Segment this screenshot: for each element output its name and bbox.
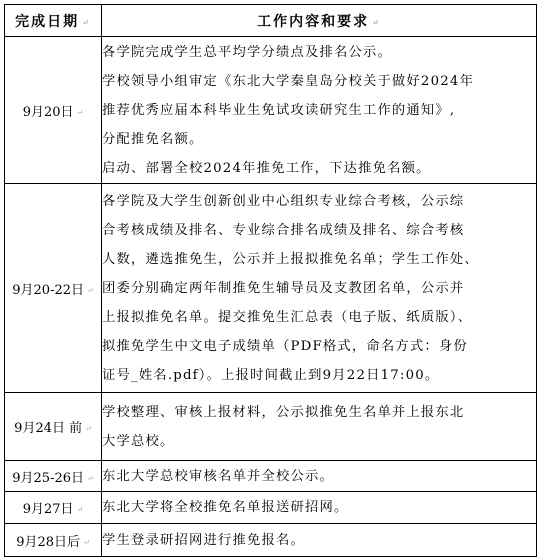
table-row: 9月27日↵ 东北大学将全校推免名单报送研招网。 bbox=[5, 492, 537, 524]
paragraph-mark-icon: ↵ bbox=[83, 538, 90, 547]
paragraph-mark-icon: ↵ bbox=[77, 108, 84, 117]
content-cell: 各学院及大学生创新创业中心组织专业综合考核，公示综 合考核成绩及排名、专业综合排… bbox=[102, 184, 537, 393]
content-line: 人数，遴选推免生，公示并上报拟推免名单；学生工作处、 bbox=[102, 245, 536, 274]
content-cell: 各学院完成学生总平均学分绩点及排名公示。 学校领导小组审定《东北大学秦皇岛分校关… bbox=[102, 37, 537, 184]
content-cell: 东北大学总校审核名单并全校公示。 bbox=[102, 461, 537, 492]
paragraph-mark-icon: ↵ bbox=[87, 474, 94, 483]
table-row: 9月20-22日↵ 各学院及大学生创新创业中心组织专业综合考核，公示综 合考核成… bbox=[5, 184, 537, 393]
content-line: 学校领导小组审定《东北大学秦皇岛分校关于做好2024年 bbox=[102, 67, 536, 96]
date-cell: 9月20-22日↵ bbox=[5, 184, 102, 393]
content-line: 大学总校。 bbox=[102, 427, 536, 456]
paragraph-mark-icon: ↵ bbox=[82, 17, 91, 27]
content-line: 分配推免名额。 bbox=[102, 125, 536, 154]
content-line: 启动、部署全校2024年推免工作，下达推免名额。 bbox=[102, 154, 536, 183]
table-row: 9月28日后↵ 学生登录研招网进行推免报名。 bbox=[5, 524, 537, 557]
content-cell: 东北大学将全校推免名单报送研招网。 bbox=[102, 492, 537, 524]
date-cell: 9月25-26日↵ bbox=[5, 461, 102, 492]
paragraph-mark-icon: ↵ bbox=[77, 505, 84, 514]
paragraph-mark-icon: ↵ bbox=[372, 17, 381, 27]
content-cell: 学校整理、审核上报材料，公示拟推免生名单并上报东北 大学总校。 bbox=[102, 393, 537, 461]
paragraph-mark-icon: ↵ bbox=[87, 286, 94, 295]
content-line: 证号_姓名.pdf）。上报时间截止到9月22日17:00。 bbox=[102, 361, 536, 390]
date-cell: 9月20日↵ bbox=[5, 37, 102, 184]
table-row: 9月24日 前↵ 学校整理、审核上报材料，公示拟推免生名单并上报东北 大学总校。 bbox=[5, 393, 537, 461]
content-line: 团委分别确定两年制推免生辅导员及支教团名单，公示并 bbox=[102, 274, 536, 303]
header-row: 完成日期↵ 工作内容和要求↵ bbox=[5, 5, 537, 37]
header-date: 完成日期↵ bbox=[5, 5, 102, 37]
content-line: 学校整理、审核上报材料，公示拟推免生名单并上报东北 bbox=[102, 398, 536, 427]
date-cell: 9月27日↵ bbox=[5, 492, 102, 524]
content-line: 学生登录研招网进行推免报名。 bbox=[102, 526, 536, 555]
content-cell: 学生登录研招网进行推免报名。 bbox=[102, 524, 537, 557]
paragraph-mark-icon: ↵ bbox=[85, 424, 92, 433]
content-line: 东北大学将全校推免名单报送研招网。 bbox=[102, 493, 536, 522]
content-line: 东北大学总校审核名单并全校公示。 bbox=[102, 462, 536, 491]
schedule-table: 完成日期↵ 工作内容和要求↵ 9月20日↵ 各学院完成学生总平均学分绩点及排名公… bbox=[4, 4, 537, 557]
content-line: 各学院及大学生创新创业中心组织专业综合考核，公示综 bbox=[102, 187, 536, 216]
content-line: 推荐优秀应届本科毕业生免试攻读研究生工作的通知》, bbox=[102, 96, 536, 125]
date-cell: 9月28日后↵ bbox=[5, 524, 102, 557]
content-line: 拟推免学生中文电子成绩单（PDF格式，命名方式：身份 bbox=[102, 332, 536, 361]
content-line: 合考核成绩及排名、专业综合排名成绩及排名、综合考核 bbox=[102, 216, 536, 245]
content-line: 上报拟推免名单。提交推免生汇总表（电子版、纸质版）、 bbox=[102, 303, 536, 332]
table-row: 9月25-26日↵ 东北大学总校审核名单并全校公示。 bbox=[5, 461, 537, 492]
content-line: 各学院完成学生总平均学分绩点及排名公示。 bbox=[102, 38, 536, 67]
table-row: 9月20日↵ 各学院完成学生总平均学分绩点及排名公示。 学校领导小组审定《东北大… bbox=[5, 37, 537, 184]
date-cell: 9月24日 前↵ bbox=[5, 393, 102, 461]
header-content: 工作内容和要求↵ bbox=[102, 5, 537, 37]
